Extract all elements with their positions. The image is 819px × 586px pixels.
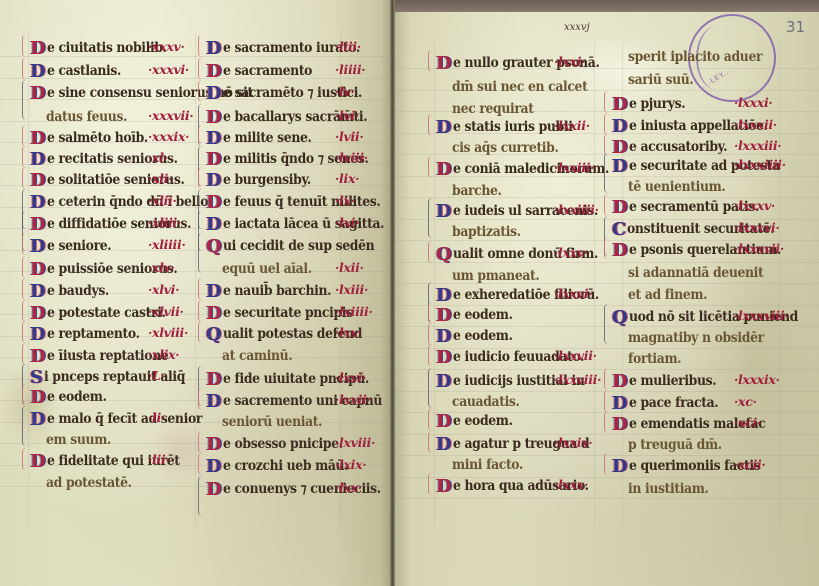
rubric-continuation: at caminū. — [222, 345, 298, 365]
decorated-initial: D — [30, 261, 46, 279]
rubric-text: e milite sene. — [223, 128, 311, 148]
chapter-numeral: ·lxv· — [335, 323, 362, 343]
rubric-entry: De eodem. — [436, 410, 517, 430]
decorated-initial: D — [206, 109, 222, 127]
chapter-numeral: ·lix· — [335, 169, 359, 189]
pen-flourish — [604, 453, 611, 475]
ruling-line — [394, 262, 819, 263]
ruling-line — [394, 434, 819, 435]
rubric-entry: De seniore. — [30, 235, 116, 255]
ruling-line — [394, 197, 819, 198]
chapter-numeral: ·lvi· — [335, 106, 359, 126]
decorated-initial: D — [30, 151, 46, 169]
ruling-line — [0, 271, 392, 272]
ruling-line — [0, 422, 392, 423]
chapter-numeral: ·lii· — [148, 450, 169, 470]
chapter-numeral: ·lxxx· — [554, 475, 588, 495]
ruling-line — [0, 99, 392, 100]
rubric-text: mini facto. — [452, 455, 523, 475]
pen-flourish — [604, 390, 611, 412]
rubric-entry: De mulieribus. — [612, 370, 723, 390]
chapter-numeral: ·lxxxii· — [734, 115, 777, 135]
decorated-initial: D — [30, 453, 46, 471]
ruling-line — [394, 176, 819, 177]
decorated-initial: D — [436, 478, 452, 496]
rubric-continuation: seniorū ueniat. — [222, 411, 331, 431]
right-page: xxxvj ...LEY... 31 De nullo grauter pson… — [394, 12, 819, 586]
rubric-continuation: cauadatis. — [452, 391, 525, 411]
chapter-numeral: ·xlv· — [148, 258, 175, 278]
pen-flourish — [428, 198, 435, 238]
chapter-numeral: ·li· — [148, 408, 165, 428]
pen-flourish — [22, 233, 29, 255]
ruling-line — [394, 305, 819, 306]
chapter-numeral: ·xlviii· — [148, 323, 188, 343]
pen-flourish — [604, 113, 611, 135]
rubric-text: equū uel aīal. — [222, 259, 312, 279]
rubric-text: e nauib̄ barchin. — [223, 281, 331, 301]
pen-flourish — [22, 80, 29, 120]
pen-flourish — [198, 300, 205, 322]
pen-flourish — [198, 125, 205, 147]
decorated-initial: D — [612, 242, 628, 260]
chapter-numeral: ·lxxiii· — [554, 158, 594, 178]
ruling-line — [394, 283, 819, 284]
pen-flourish — [22, 321, 29, 343]
chapter-numeral: ·xli· — [148, 169, 172, 189]
rubric-entry: De sacramento — [206, 60, 319, 80]
decorated-initial: D — [612, 458, 628, 476]
rubric-text: si adannatiā deuenit — [628, 263, 763, 283]
pen-flourish — [198, 278, 205, 300]
ruling-line — [394, 133, 819, 134]
decorated-initial: D — [206, 151, 222, 169]
rubric-text: baptizatis. — [452, 222, 521, 242]
ruling-line — [0, 228, 392, 229]
decorated-initial: D — [206, 130, 222, 148]
rubric-entry: De eodem. — [436, 325, 517, 345]
rubric-entry: De burgensiby. — [206, 169, 318, 189]
chapter-numeral: ·xl· — [148, 148, 168, 168]
ruling-line — [0, 379, 392, 380]
chapter-numeral: ·lxii· — [335, 258, 364, 278]
rubric-text: p treuguā dm̄. — [628, 435, 722, 455]
rubric-entry: De coniā maledicinorum. — [436, 158, 622, 178]
pen-flourish — [198, 453, 205, 475]
ruling-line — [0, 486, 392, 487]
decorated-initial: D — [612, 416, 628, 434]
chapter-numeral: ·xxxvi· — [148, 60, 189, 80]
chapter-numeral: ·xxxix· — [148, 127, 189, 147]
chapter-numeral: ·lxxxi· — [734, 93, 772, 113]
ruling-line — [0, 443, 392, 444]
rubric-text: e burgensiby. — [223, 170, 311, 190]
decorated-initial: D — [206, 172, 222, 190]
ruling-line — [394, 154, 819, 155]
rubric-text: e malo q̄ fecīt ad senior — [47, 409, 202, 429]
ruling-line — [394, 326, 819, 327]
decorated-initial: D — [30, 130, 46, 148]
rubric-continuation: tē uenientium. — [628, 176, 734, 196]
chapter-numeral: ·lxxxviii· — [734, 306, 788, 326]
chapter-numeral: ·xlvi· — [148, 280, 179, 300]
rubric-continuation: datus feuus. — [46, 106, 134, 126]
rubric-continuation: ad potestatē. — [46, 472, 139, 492]
rubric-text: e crozchi ueb māū. — [223, 456, 348, 476]
decorated-initial: D — [436, 328, 452, 346]
rubric-continuation: um pmaneat. — [452, 265, 547, 285]
rubric-text: e mulieribus. — [629, 371, 716, 391]
chapter-numeral: ·xlix· — [148, 345, 179, 365]
rubric-text: barche. — [452, 181, 502, 201]
decorated-initial: D — [206, 371, 222, 389]
rubric-text: e ceterin q̄ndo dn̄ ī bello. — [47, 192, 212, 212]
ruling-line — [0, 465, 392, 466]
rubric-entry: De nauib̄ barchin. — [206, 280, 340, 300]
pen-flourish — [22, 300, 29, 322]
ruling-line — [0, 400, 392, 401]
ruling-line — [394, 391, 819, 392]
pen-flourish — [22, 384, 29, 406]
rubric-text: e eodem. — [47, 387, 107, 407]
rubric-text: tē uenientium. — [628, 177, 725, 197]
chapter-numeral: ·lxvi· — [335, 368, 366, 388]
ruling-line — [0, 250, 392, 251]
chapter-numeral: ·lxxi· — [554, 52, 585, 72]
ruling-line — [0, 164, 392, 165]
rubric-text: cauadatis. — [452, 392, 520, 412]
decorated-initial: Q — [206, 238, 222, 256]
chapter-numeral: ·lxxxix· — [734, 370, 780, 390]
chapter-numeral: ·lviii· — [335, 148, 368, 168]
rubric-entry: De nullo grauter psonā. — [436, 52, 612, 72]
chapter-numeral: ·liii· — [335, 37, 361, 57]
rubric-entry: De eodem. — [436, 304, 517, 324]
book-gutter — [390, 0, 395, 586]
rubric-entry: De salmēto hoīb. — [30, 127, 156, 147]
rubric-text: e eodem. — [453, 411, 513, 431]
pen-flourish — [22, 35, 29, 57]
rubric-continuation: magnatiby n obsidēr — [628, 327, 776, 347]
decorated-initial: D — [206, 216, 222, 234]
chapter-numeral: ·xliiii· — [148, 235, 186, 255]
rubric-entry: De conuenys ⁊ cuenieciis. — [206, 478, 392, 498]
pen-flourish — [22, 448, 29, 470]
rubric-text: magnatiby n obsidēr — [628, 328, 764, 348]
decorated-initial: D — [436, 119, 452, 137]
chapter-numeral: ·lxx· — [335, 478, 362, 498]
left-page: De ciuitatis nobilib.·xxxv·De castlanis.… — [0, 0, 392, 586]
rubric-continuation: sariū suū. — [628, 69, 699, 89]
rubric-continuation: dm̄ sui nec en calcet — [452, 76, 599, 96]
decorated-initial: D — [30, 216, 46, 234]
rubric-text: fortiam. — [628, 349, 681, 369]
decorated-initial: Q — [612, 309, 628, 327]
decorated-initial: S — [30, 369, 43, 387]
decorated-initial: D — [30, 326, 46, 344]
rubric-entry: De castlanis. — [30, 60, 127, 80]
rubric-continuation: baptizatis. — [452, 221, 527, 241]
ruling-line — [0, 78, 392, 79]
ruling-line — [394, 219, 819, 220]
decorated-initial: D — [30, 194, 46, 212]
chapter-numeral: ·L· — [148, 366, 165, 386]
ruling-line — [0, 207, 392, 208]
rubric-text: e obsesso pnicipe. — [223, 434, 343, 454]
decorated-initial: D — [206, 194, 222, 212]
chapter-numeral: ·lxxxiiii· — [734, 155, 786, 175]
decorated-initial: D — [612, 199, 628, 217]
rubric-continuation: p treuguā dm̄. — [628, 434, 730, 454]
chapter-numeral: ·lxxix· — [554, 433, 592, 453]
chapter-numeral: ·xc· — [734, 392, 757, 412]
chapter-numeral: ·xlvii· — [148, 302, 184, 322]
rubric-text: et ad finem. — [628, 285, 707, 305]
rubric-text: em suum. — [46, 430, 111, 450]
ruling-line — [394, 369, 819, 370]
decorated-initial: D — [30, 85, 46, 103]
rubric-entry: De iactata lācea ū sagitta. — [206, 213, 392, 233]
pen-flourish — [198, 321, 205, 343]
decorated-initial: D — [436, 349, 452, 367]
decorated-initial: D — [436, 413, 452, 431]
pen-flourish — [198, 58, 205, 80]
rubric-entry: De pjurys. — [612, 93, 690, 113]
decorated-initial: D — [436, 307, 452, 325]
decorated-initial: D — [206, 436, 222, 454]
decorated-initial: D — [206, 85, 222, 103]
rubric-continuation: et ad finem. — [628, 284, 714, 304]
rubric-entry: De milite sene. — [206, 127, 319, 147]
ruling-line — [394, 240, 819, 241]
rubric-entry: Qui cecidit de sup sedēn — [206, 235, 387, 255]
decorated-initial: Q — [206, 326, 222, 344]
decorated-initial: D — [612, 158, 628, 176]
chapter-numeral: ·lxxvi· — [554, 284, 592, 304]
decorated-initial: D — [30, 389, 46, 407]
decorated-initial: D — [30, 172, 46, 190]
decorated-initial: D — [206, 481, 222, 499]
rubric-text: cis aq̄s curretib. — [452, 138, 558, 158]
ruling-line — [394, 90, 819, 91]
rubric-continuation: mini facto. — [452, 454, 529, 474]
rubric-text: dm̄ sui nec en calcet — [452, 77, 587, 97]
ruling-line — [394, 455, 819, 456]
stamp-text: ...LEY... — [700, 66, 733, 90]
ruling-line — [394, 348, 819, 349]
rubric-text: sperit iplacito aduer — [628, 47, 762, 67]
chapter-numeral: ·xci· — [734, 413, 761, 433]
ruling-line — [0, 293, 392, 294]
chapter-numeral: ·lxxiiii· — [554, 200, 599, 220]
pen-flourish — [604, 91, 611, 113]
ruling-line — [195, 30, 196, 526]
rubric-entry: De malo q̄ fecīt ad senior — [30, 408, 215, 428]
pen-flourish — [198, 233, 205, 273]
rubric-continuation: em suum. — [46, 429, 117, 449]
chapter-numeral: ·lx· — [335, 191, 355, 211]
rubric-text: e eodem. — [453, 326, 513, 346]
decorated-initial: D — [30, 238, 46, 256]
decorated-initial: C — [612, 221, 626, 239]
pen-flourish — [22, 406, 29, 446]
ruling-line — [0, 185, 392, 186]
pen-flourish — [604, 153, 611, 193]
chapter-numeral: ·lxi· — [335, 213, 359, 233]
rubric-text: datus feuus. — [46, 107, 127, 127]
rubric-continuation: equū uel aīal. — [222, 258, 319, 278]
rubric-text: sariū suū. — [628, 70, 693, 90]
rubric-text: ad potestatē. — [46, 473, 132, 493]
chapter-numeral: ·lxxxiii· — [734, 136, 781, 156]
ruling-line — [394, 111, 819, 112]
rubric-text: e baudys. — [47, 281, 109, 301]
chapter-numeral: ·lxxxvi· — [734, 218, 779, 238]
decorated-initial: D — [206, 283, 222, 301]
chapter-numeral: ·lxiii· — [335, 280, 368, 300]
ruling-line — [394, 498, 819, 499]
decorated-initial: D — [612, 373, 628, 391]
folio-number: 31 — [786, 18, 805, 36]
chapter-numeral: ·lvii· — [335, 127, 363, 147]
pen-flourish — [198, 476, 205, 516]
rubric-text: e seniore. — [47, 236, 111, 256]
decorated-initial: D — [206, 458, 222, 476]
chapter-numeral: ·xliii· — [148, 213, 181, 233]
rubric-entry: De feuus q̄ tenuīt milites. — [206, 191, 392, 211]
rubric-text: in iustitiam. — [628, 479, 708, 499]
ruling-line — [0, 314, 392, 315]
rubric-text: at caminū. — [222, 346, 292, 366]
chapter-numeral: ·lxxxv· — [734, 196, 775, 216]
decorated-initial: D — [612, 395, 628, 413]
pen-flourish — [428, 156, 435, 178]
rubric-entry: De eodem. — [30, 386, 111, 406]
pen-flourish — [428, 241, 435, 263]
chapter-numeral: ·xxxv· — [148, 37, 185, 57]
rubric-entry: Si pnceps reptauit aliq̄ — [30, 366, 197, 386]
ruling-line — [394, 477, 819, 478]
decorated-initial: D — [206, 393, 222, 411]
decorated-initial: D — [436, 373, 452, 391]
chapter-numeral: ·lxiiii· — [335, 302, 373, 322]
ruling-line — [0, 357, 392, 358]
rubric-entry: De accusatoriby. — [612, 136, 735, 156]
pen-flourish — [22, 58, 29, 80]
chapter-numeral: ·lxxxvii· — [734, 239, 784, 259]
ruling-line — [0, 142, 392, 143]
chapter-numeral: ·lxxv· — [554, 243, 588, 263]
ruling-line — [394, 412, 819, 413]
pen-flourish — [604, 411, 611, 433]
rubric-text: e securitate pncipis — [223, 303, 353, 323]
rubric-text: e feuus q̄ tenuīt milites. — [223, 192, 380, 212]
chapter-numeral: ·lxxviii· — [554, 370, 601, 390]
chapter-numeral: ·lxxvii· — [554, 346, 597, 366]
rubric-text: e reptamento. — [47, 324, 140, 344]
rubric-text: e pace fracta. — [629, 393, 718, 413]
rubric-continuation: in iustitiam. — [628, 478, 715, 498]
chapter-numeral: ·xxxvii· — [148, 106, 193, 126]
pen-flourish — [604, 304, 611, 344]
rubric-continuation: nec requirat — [452, 98, 541, 118]
ruling-line — [0, 336, 392, 337]
rubric-text: e eodem. — [453, 305, 513, 325]
ruling-line — [0, 121, 392, 122]
rubric-continuation: fortiam. — [628, 348, 686, 368]
rubric-continuation: sperit iplacito aduer — [628, 46, 774, 66]
pen-flourish — [22, 343, 29, 365]
decorated-initial: D — [436, 287, 452, 305]
decorated-initial: D — [30, 283, 46, 301]
pen-flourish — [198, 35, 205, 57]
pen-flourish — [428, 368, 435, 408]
rubric-text: e salmēto hoīb. — [47, 128, 148, 148]
ruling-line — [0, 56, 392, 57]
pen-flourish — [198, 388, 205, 410]
pen-flourish — [22, 125, 29, 147]
pen-flourish — [198, 431, 205, 453]
rubric-entry: De reptamento. — [30, 323, 147, 343]
ruling-line — [394, 68, 819, 69]
decorated-initial: D — [436, 55, 452, 73]
top-marginal-note: xxxvj — [564, 22, 590, 33]
rubric-entry: De pace fracta. — [612, 392, 726, 412]
pen-flourish — [22, 256, 29, 278]
chapter-numeral: ·xlii· — [148, 191, 177, 211]
chapter-numeral: ·xcii· — [734, 455, 765, 475]
rubric-continuation: si adannatiā deuenit — [628, 262, 775, 282]
rubric-text: e iactata lācea ū sagitta. — [223, 214, 384, 234]
decorated-initial: D — [436, 436, 452, 454]
rubric-entry: De ceterin q̄ndo dn̄ ī bello. — [30, 191, 226, 211]
decorated-initial: D — [30, 411, 46, 429]
pen-flourish — [604, 368, 611, 390]
chapter-numeral: ·liiii· — [335, 60, 365, 80]
pen-flourish — [22, 278, 29, 300]
rubric-entry: De baudys. — [30, 280, 114, 300]
rubric-text: ui cecidit de sup sedēn — [223, 236, 374, 256]
